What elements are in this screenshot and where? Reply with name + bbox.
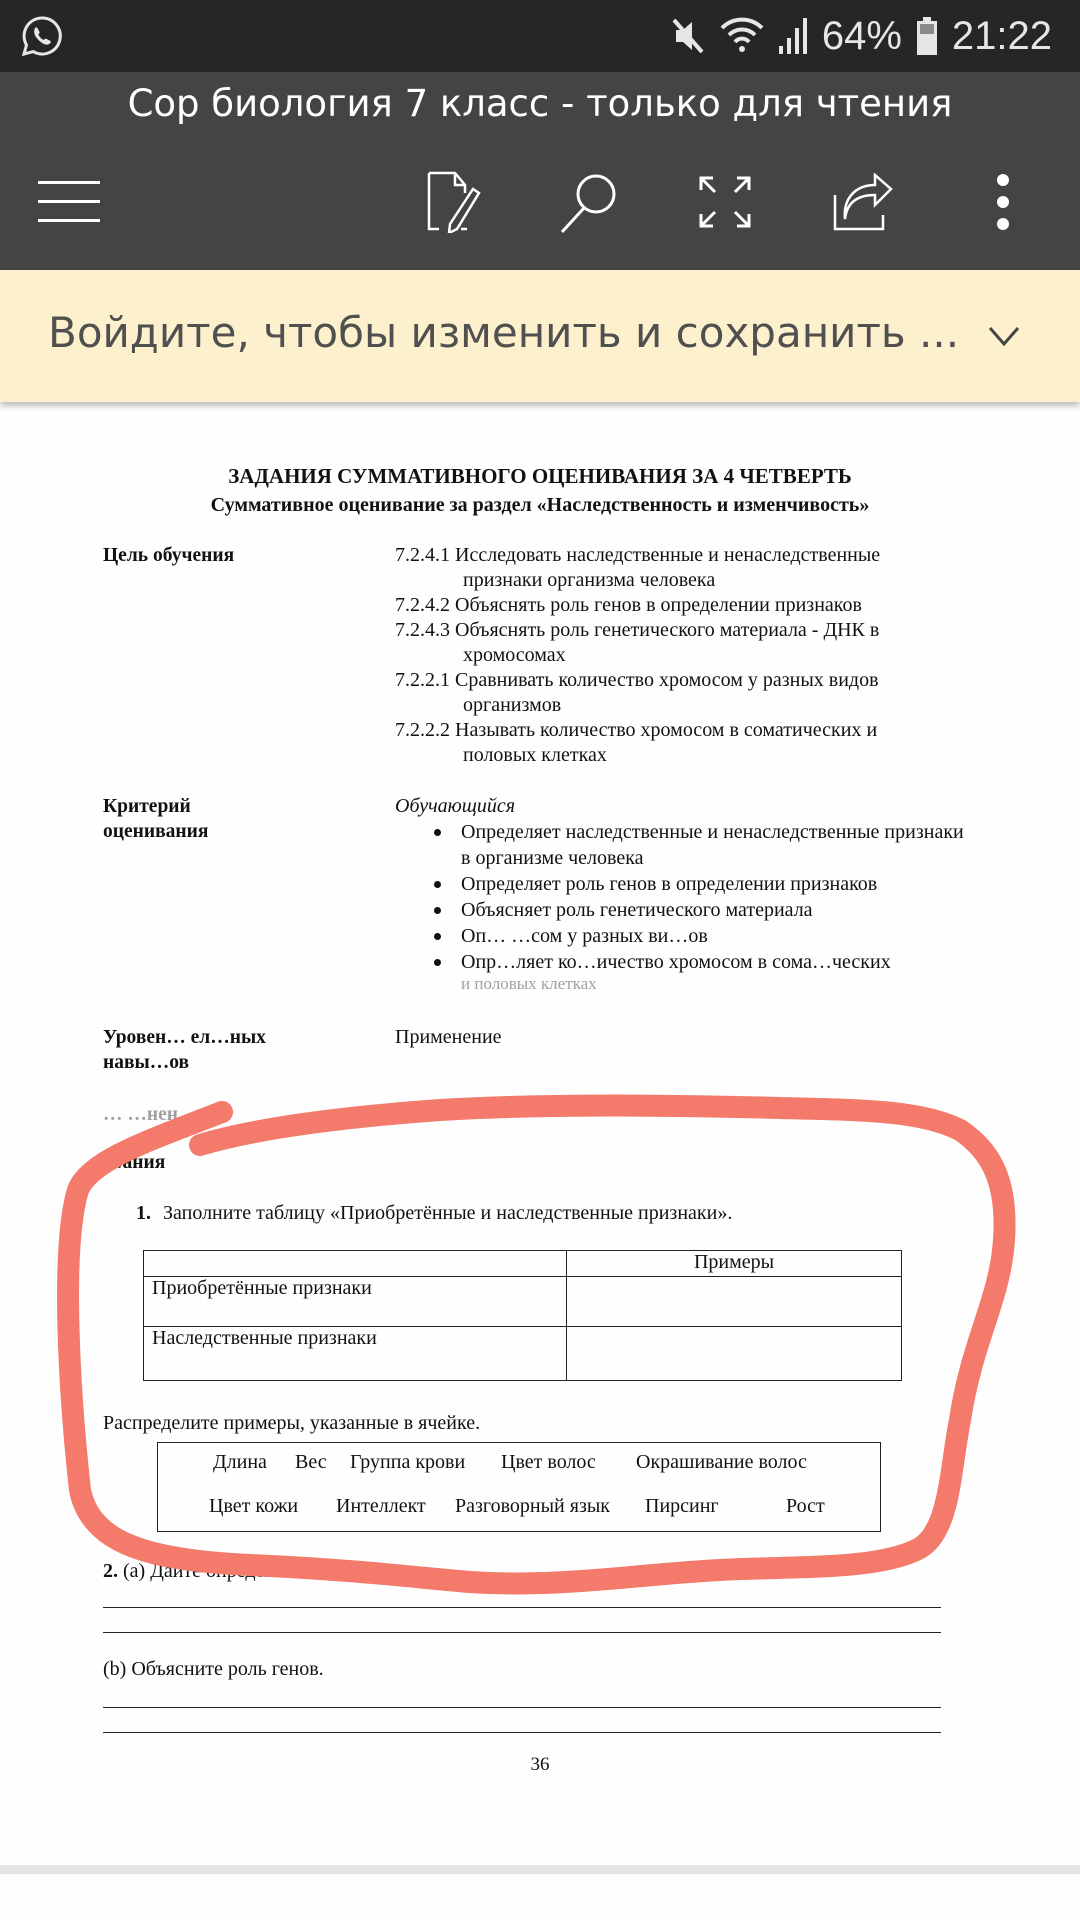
examples-box: Длина Вес Группа крови Цвет волос Окраши…: [157, 1442, 881, 1532]
example-word: Группа крови: [350, 1451, 465, 1474]
table-header-cell: Примеры: [567, 1251, 902, 1277]
table-row: Наследственные признаки: [144, 1327, 902, 1381]
traits-table: Примеры Приобретённые признаки Наследств…: [143, 1250, 902, 1381]
criteria-block: Обучающийся Определяет наследственные и …: [395, 794, 975, 993]
objective-item: 7.2.2.1 Сравнивать количество хромосом у…: [395, 668, 955, 718]
document-title: Сор биология 7 класс - только для чтения: [0, 82, 1080, 125]
example-word: Пирсинг: [645, 1495, 719, 1518]
criteria-list: Определяет наследственные и ненаследстве…: [395, 819, 975, 975]
wifi-icon: [720, 16, 764, 56]
skill-level-value: Применение: [395, 1025, 502, 1050]
battery-icon: [916, 16, 938, 56]
criteria-item: Объясняет роль генетического материала: [395, 897, 975, 923]
question-1: 1.Заполните таблицу «Приобретённые и нас…: [136, 1202, 732, 1225]
document-page: ЗАДАНИЯ СУММАТИВНОГО ОЦЕНИВАНИЯ ЗА 4 ЧЕТ…: [0, 402, 1080, 1862]
table-cell: Наследственные признаки: [144, 1327, 567, 1381]
answer-line[interactable]: [103, 1607, 941, 1608]
search-button[interactable]: [553, 167, 623, 237]
table-cell-answer[interactable]: [567, 1327, 902, 1381]
example-word: Окрашивание волос: [636, 1451, 807, 1474]
tasks-label: …ания: [103, 1150, 165, 1175]
mute-icon: [670, 16, 706, 56]
doc-subheading: Суммативное оценивание за раздел «Наслед…: [0, 494, 1080, 517]
edit-document-icon: [425, 171, 481, 233]
skill-level-label: Уровен… ел…ных навы…ов: [103, 1025, 266, 1075]
question-number: 2.: [103, 1560, 118, 1582]
goal-label: Цель обучения: [103, 543, 234, 568]
example-word: Вес: [295, 1451, 327, 1474]
page-separator: [0, 1865, 1080, 1874]
example-word: Цвет кожи: [209, 1495, 298, 1518]
objective-item: 7.2.4.3 Объяснять роль генетического мат…: [395, 618, 955, 668]
criteria-item: Определяет наследственные и ненаследстве…: [395, 819, 975, 871]
example-word: Интеллект: [336, 1495, 426, 1518]
criteria-item: Определяет роль генов в определении приз…: [395, 871, 975, 897]
criteria-label-line: оценивания: [103, 819, 208, 844]
distribute-instruction: Распределите примеры, указанные в ячейке…: [103, 1412, 480, 1435]
criteria-label: Критерий оценивания: [103, 794, 208, 844]
question-2b: (b) Объясните роль генов.: [103, 1658, 324, 1681]
question-text: Заполните таблицу «Приобретённые и насле…: [163, 1202, 732, 1224]
criteria-item: Оп… …сом у разных ви…ов: [395, 923, 975, 949]
example-word: Цвет волос: [501, 1451, 596, 1474]
objective-item: 7.2.2.2 Называть количество хромосом в с…: [395, 718, 955, 768]
example-word: Разговорный язык: [455, 1495, 610, 1518]
question-number: 1.: [136, 1202, 151, 1224]
signal-icon: [778, 16, 808, 56]
status-bar: 64% 21:22: [0, 0, 1080, 72]
table-cell: Приобретённые признаки: [144, 1277, 567, 1327]
share-button[interactable]: [828, 167, 898, 237]
fullscreen-icon: [699, 176, 751, 228]
table-header-cell: [144, 1251, 567, 1277]
clock: 21:22: [952, 14, 1052, 59]
answer-line[interactable]: [103, 1732, 941, 1733]
chevron-down-icon[interactable]: [984, 316, 1024, 356]
example-word: Длина: [213, 1451, 267, 1474]
example-word: Рост: [786, 1495, 825, 1518]
criteria-item-cont: и половых клетках: [395, 975, 975, 993]
objective-item: 7.2.4.1 Исследовать наследственные и нен…: [395, 543, 955, 593]
hamburger-menu-button[interactable]: [34, 167, 104, 237]
more-options-button[interactable]: [968, 167, 1038, 237]
doc-heading: ЗАДАНИЯ СУММАТИВНОГО ОЦЕНИВАНИЯ ЗА 4 ЧЕТ…: [0, 464, 1080, 489]
sign-in-banner[interactable]: Войдите, чтобы изменить и сохранить ...: [0, 270, 1080, 402]
table-cell-answer[interactable]: [567, 1277, 902, 1327]
fullscreen-button[interactable]: [690, 167, 760, 237]
hamburger-menu-icon: [38, 179, 100, 225]
skill-level-label-line: навы…ов: [103, 1050, 266, 1075]
page-number: 36: [0, 1754, 1080, 1776]
objective-item: 7.2.4.2 Объяснять роль генов в определен…: [395, 593, 955, 618]
answer-line[interactable]: [103, 1707, 941, 1708]
share-icon: [833, 173, 893, 231]
search-icon: [556, 170, 620, 234]
skill-level-label-line: Уровен… ел…ных: [103, 1025, 266, 1050]
criteria-label-line: Критерий: [103, 794, 208, 819]
app-toolbar: Сор биология 7 класс - только для чтения: [0, 72, 1080, 270]
question-2a: 2. (a) Дайте определен…: [103, 1560, 314, 1583]
criteria-item: Опр…ляет ко…ичество хромосом в сома…ческ…: [395, 949, 975, 975]
time-label: … …нен…: [103, 1102, 198, 1127]
more-vertical-icon: [993, 172, 1013, 232]
sign-in-banner-text: Войдите, чтобы изменить и сохранить ...: [48, 308, 959, 357]
criteria-intro: Обучающийся: [395, 794, 975, 819]
table-row: Приобретённые признаки: [144, 1277, 902, 1327]
edit-button[interactable]: [418, 167, 488, 237]
battery-percent: 64%: [822, 14, 902, 59]
whatsapp-icon: [20, 14, 64, 58]
answer-line[interactable]: [103, 1632, 941, 1633]
objectives-list: 7.2.4.1 Исследовать наследственные и нен…: [395, 543, 955, 768]
question-text: (a) Дайте определен…: [123, 1560, 314, 1582]
